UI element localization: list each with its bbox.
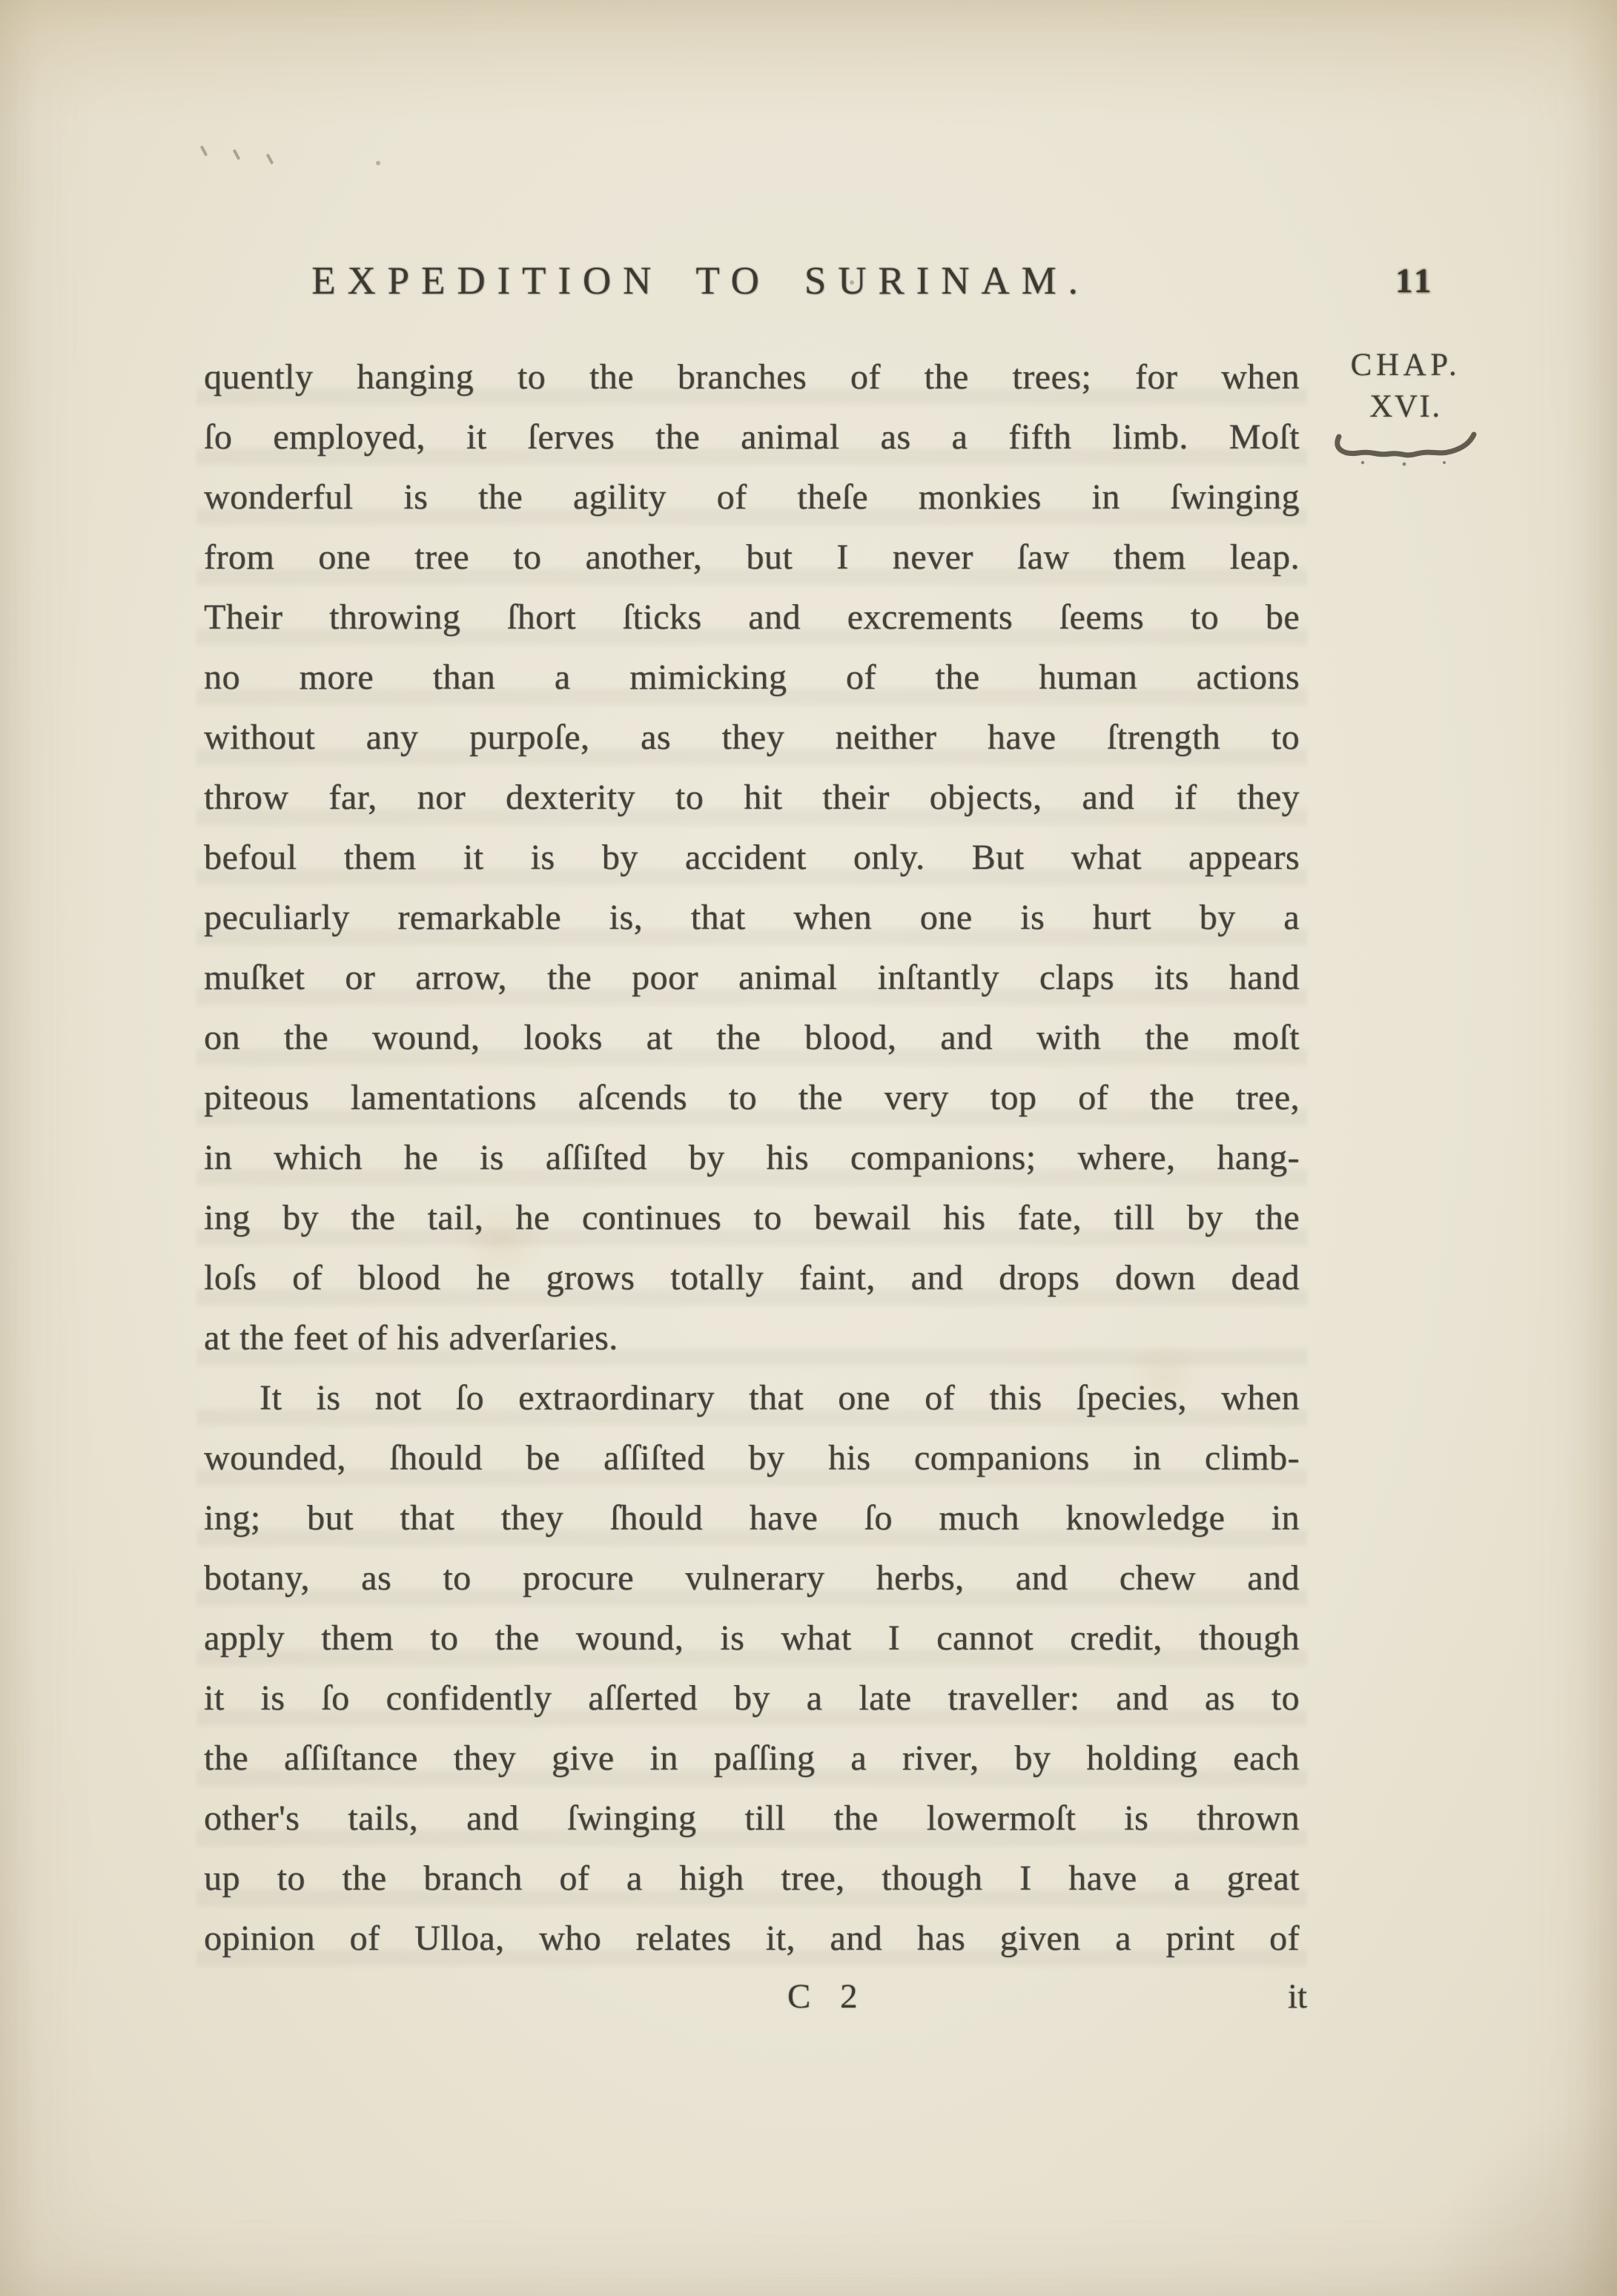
body-text-line: throw far, nor dexterity to hit their ob…: [204, 767, 1300, 827]
body-text-line: Their throwing ſhort ſticks and excremen…: [204, 587, 1300, 647]
body-text-line: muſket or arrow, the poor animal inſtant…: [204, 947, 1300, 1008]
paper-speck: [200, 145, 208, 156]
body-text-line: loſs of blood he grows totally faint, an…: [204, 1248, 1300, 1308]
paper-speck: [266, 153, 274, 165]
running-header: EXPEDITION TO SURINAM.: [204, 259, 1197, 303]
chapter-margin-note: CHAP. XVI.: [1332, 347, 1480, 468]
body-text-line: from one tree to another, but I never ſa…: [204, 527, 1300, 587]
body-text: quently hanging to the branches of the t…: [204, 347, 1300, 1968]
book-page: EXPEDITION TO SURINAM. 11 CHAP. XVI. que…: [0, 0, 1617, 2296]
margin-chapter-numeral: XVI.: [1332, 388, 1480, 425]
body-text-line: the aſſiſtance they give in paſſing a ri…: [204, 1728, 1300, 1788]
page-number: 11: [1395, 261, 1434, 301]
paper-speck: [850, 280, 854, 285]
body-text-line: It is not ſo extraordinary that one of t…: [204, 1368, 1300, 1428]
body-text-line: befoul them it is by accident only. But …: [204, 827, 1300, 887]
paper-speck: [1161, 563, 1165, 568]
paper-speck: [376, 161, 380, 165]
body-text-line: ing; but that they ſhould have ſo much k…: [204, 1488, 1300, 1548]
paragraph: It is not ſo extraordinary that one of t…: [204, 1368, 1300, 1968]
body-text-line: wonderful is the agility of theſe monkie…: [204, 467, 1300, 527]
catchword: it: [1288, 1976, 1307, 2017]
body-text-line: botany, as to procure vulnerary herbs, a…: [204, 1548, 1300, 1608]
body-text-line: no more than a mimicking of the human ac…: [204, 647, 1300, 707]
body-text-line: ſo employed, it ſerves the animal as a f…: [204, 407, 1300, 467]
chapter-flourish-icon: [1333, 431, 1478, 468]
body-text-line: up to the branch of a high tree, though …: [204, 1848, 1300, 1908]
body-text-line: peculiarly remarkable is, that when one …: [204, 887, 1300, 947]
body-text-line: at the feet of his adverſaries.: [204, 1308, 1300, 1368]
body-text-line: wounded, ſhould be aſſiſted by his compa…: [204, 1428, 1300, 1488]
body-text-line: piteous lamentations aſcends to the very…: [204, 1068, 1300, 1128]
body-text-line: quently hanging to the branches of the t…: [204, 347, 1300, 407]
body-text-line: it is ſo confidently aſſerted by a late …: [204, 1668, 1300, 1728]
body-text-line: without any purpoſe, as they neither hav…: [204, 707, 1300, 767]
margin-chapter-label: CHAP.: [1332, 347, 1480, 383]
body-text-line: opinion of Ulloa, who relates it, and ha…: [204, 1908, 1300, 1968]
body-text-line: apply them to the wound, is what I canno…: [204, 1608, 1300, 1668]
body-text-line: in which he is aſſiſted by his companion…: [204, 1128, 1300, 1188]
body-text-line: other's tails, and ſwinging till the low…: [204, 1788, 1300, 1848]
paragraph: quently hanging to the branches of the t…: [204, 347, 1300, 1368]
body-text-line: on the wound, looks at the blood, and wi…: [204, 1008, 1300, 1068]
paper-speck: [233, 149, 241, 160]
signature-mark: C 2: [787, 1976, 868, 2017]
body-text-line: ing by the tail, he continues to bewail …: [204, 1188, 1300, 1248]
